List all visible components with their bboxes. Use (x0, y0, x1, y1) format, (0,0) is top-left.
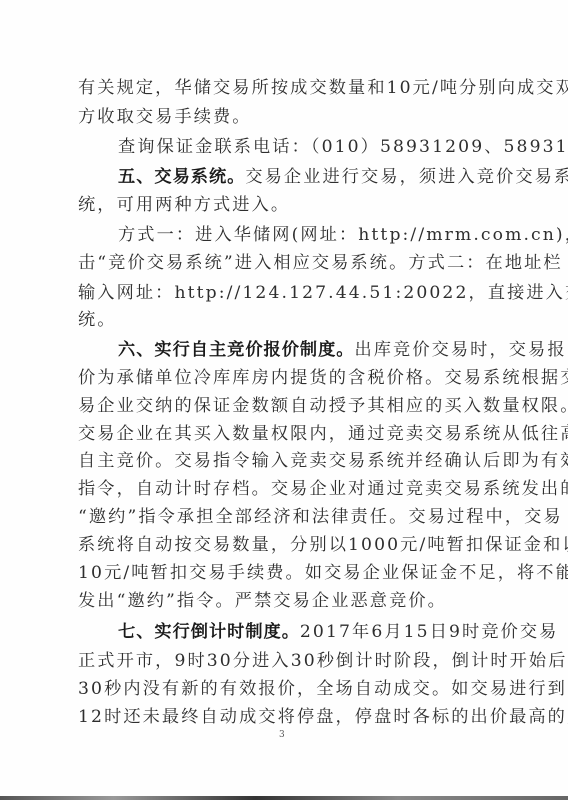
section-heading: 五、交易系统。 (118, 167, 245, 187)
scan-edge-divider (0, 796, 568, 800)
text-line: 12时还未最终自动成交将停盘，停盘时各标的出价最高的为 (78, 706, 488, 728)
text-run: 出库竞价交易时，交易报 (354, 340, 566, 360)
document-page: 有关规定，华储交易所按成交数量和10元/吨分别向成交双 方收取交易手续费。 查询… (0, 0, 568, 800)
text-line: 系统将自动按交易数量，分别以1000元/吨暂扣保证金和以 (78, 534, 488, 556)
text-line: 查询保证金联系电话：（010）58931209、58931235。 (118, 136, 488, 158)
section-7-line: 七、实行倒计时制度。2017年6月15日9时竞价交易 (118, 621, 488, 643)
text-line: 发出“邀约”指令。严禁交易企业恶意竞价。 (78, 590, 488, 612)
text-line: 统。 (78, 309, 488, 331)
text-line: 易企业交纳的保证金数额自动授予其相应的买入数量权限。 (78, 395, 488, 417)
text-line: 价为承储单位冷库库房内提货的含税价格。交易系统根据交 (78, 367, 488, 389)
text-line: 正式开市，9时30分进入30秒倒计时阶段，倒计时开始后 (78, 650, 488, 672)
text-line: “邀约”指令承担全部经济和法律责任。交易过程中，交易 (78, 506, 488, 528)
text-line: 交易企业在其买入数量权限内，通过竞卖交易系统从低往高 (78, 423, 488, 445)
text-line: 方收取交易手续费。 (78, 106, 488, 128)
text-line: 击“竞价交易系统”进入相应交易系统。方式二：在地址栏 (78, 252, 488, 274)
section-heading: 七、实行倒计时制度。 (118, 622, 300, 642)
text-line: 有关规定，华储交易所按成交数量和10元/吨分别向成交双 (78, 77, 488, 99)
text-line: 指令，自动计时存档。交易企业对通过竞卖交易系统发出的 (78, 478, 488, 500)
page-number: 3 (279, 730, 285, 740)
section-5-line: 五、交易系统。交易企业进行交易，须进入竞价交易系 (118, 166, 488, 188)
text-line: 方式一：进入华储网(网址：http://mrm.com.cn)，点 (118, 224, 488, 246)
section-6-line: 六、实行自主竞价报价制度。出库竞价交易时，交易报 (118, 339, 488, 361)
text-line: 30秒内没有新的有效报价，全场自动成交。如交易进行到 (78, 678, 488, 700)
text-line: 自主竞价。交易指令输入竞卖交易系统并经确认后即为有效 (78, 450, 488, 472)
section-heading: 六、实行自主竞价报价制度。 (118, 340, 354, 360)
text-run: 交易企业进行交易，须进入竞价交易系 (245, 167, 568, 187)
text-line: 10元/吨暂扣交易手续费。如交易企业保证金不足，将不能 (78, 562, 488, 584)
text-run: 2017年6月15日9时竞价交易 (300, 622, 559, 642)
text-line: 统，可用两种方式进入。 (78, 194, 488, 216)
text-line: 输入网址：http://124.127.44.51:20022，直接进入交易系 (78, 282, 488, 304)
